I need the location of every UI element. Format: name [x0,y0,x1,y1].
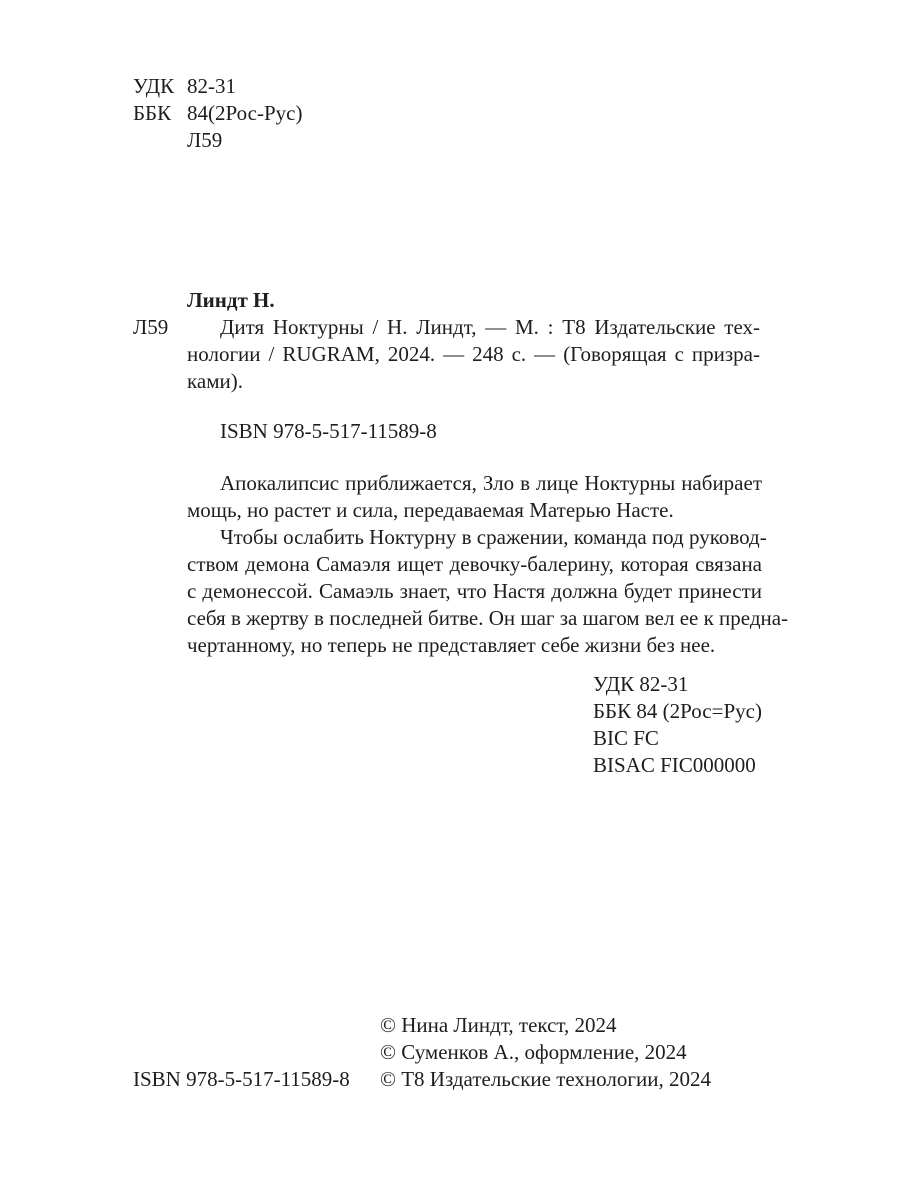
copyright-line: © Т8 Издательские технологии, 2024 [380,1066,711,1092]
udk-value: 82-31 [187,73,236,99]
bisac-code: BISAC FIC000000 [593,752,756,778]
annotation-line: мощь, но растет и сила, передаваемая Мат… [187,497,762,523]
bbk-label: ББК [133,100,171,126]
copyright-line: © Суменков А., оформление, 2024 [380,1039,687,1065]
bbk-value: 84(2Рос-Рус) [187,100,302,126]
udk-code: УДК 82-31 [593,671,688,697]
author-heading: Линдт Н. [187,287,275,313]
annotation-line: Чтобы ослабить Ноктурну в сражении, кома… [220,524,762,550]
isbn: ISBN 978-5-517-11589-8 [220,418,437,444]
bibliographic-line: Дитя Ноктурны / Н. Линдт, — М. : Т8 Изда… [220,314,760,340]
bibliographic-line: ками). [187,368,243,394]
isbn-footer: ISBN 978-5-517-11589-8 [133,1066,350,1092]
annotation-line: с демонессой. Самаэль знает, что Настя д… [187,578,762,604]
bibliographic-line: нологии / RUGRAM, 2024. — 248 с. — (Гово… [187,341,760,367]
bic-code: BIC FC [593,725,659,751]
annotation-line: ством демона Самаэля ищет девочку-балери… [187,551,762,577]
udk-label: УДК [133,73,174,99]
annotation-line: себя в жертву в последней битве. Он шаг … [187,605,762,631]
author-sign-margin: Л59 [133,314,168,340]
copyright-line: © Нина Линдт, текст, 2024 [380,1012,617,1038]
annotation-line: Апокалипсис приближается, Зло в лице Нок… [220,470,762,496]
author-sign: Л59 [187,127,222,153]
annotation-line: чертанному, но теперь не представляет се… [187,632,762,658]
bbk-code: ББК 84 (2Рос=Рус) [593,698,762,724]
